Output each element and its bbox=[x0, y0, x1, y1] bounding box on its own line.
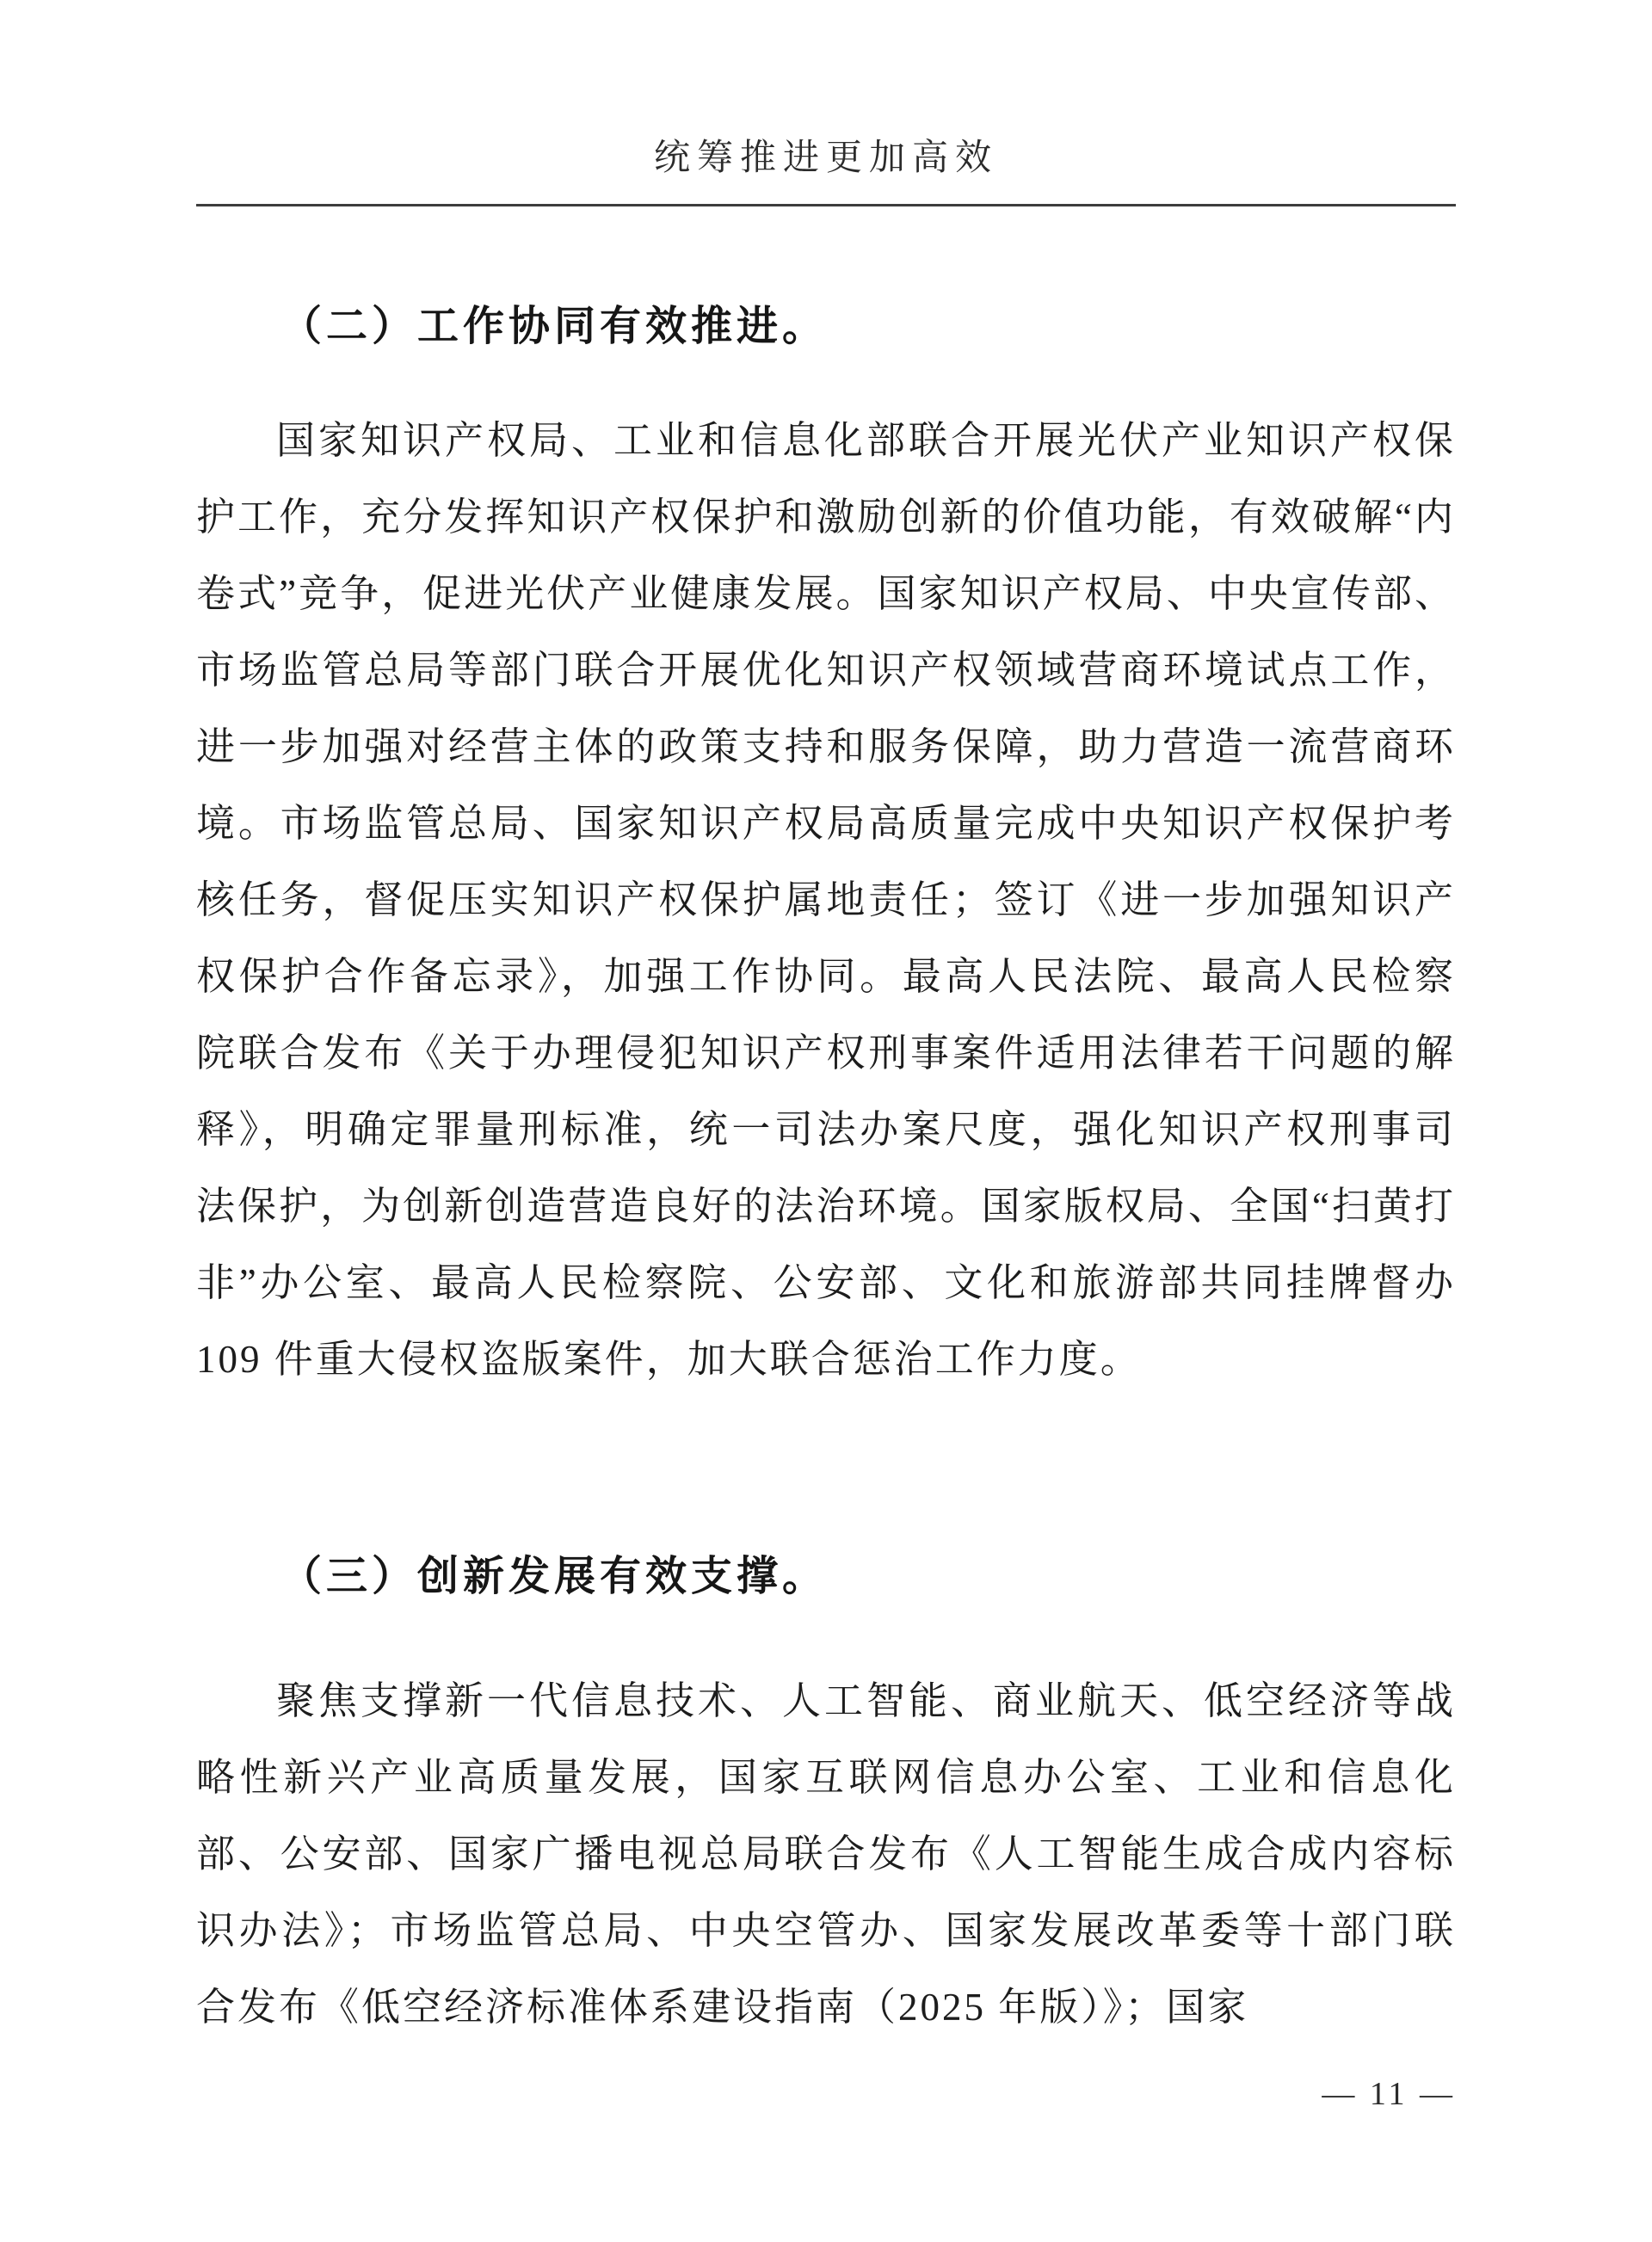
header-divider-rule bbox=[196, 204, 1456, 206]
section-heading-2: （二）工作协同有效推进。 bbox=[196, 293, 1540, 352]
section-heading-3: （三）创新发展有效支撑。 bbox=[196, 1543, 1540, 1602]
section-2-paragraph: 国家知识产权局、工业和信息化部联合开展光伏产业知识产权保护工作，充分发挥知识产权… bbox=[196, 403, 1456, 1398]
running-header-title: 统筹推进更加高效 bbox=[0, 129, 1652, 181]
document-page: 统筹推进更加高效 （二）工作协同有效推进。 国家知识产权局、工业和信息化部联合开… bbox=[0, 0, 1652, 2242]
section-3-paragraph: 聚焦支撑新一代信息技术、人工智能、商业航天、低空经济等战略性新兴产业高质量发展，… bbox=[196, 1663, 1456, 2046]
page-number: — 11 — bbox=[1322, 2075, 1456, 2113]
